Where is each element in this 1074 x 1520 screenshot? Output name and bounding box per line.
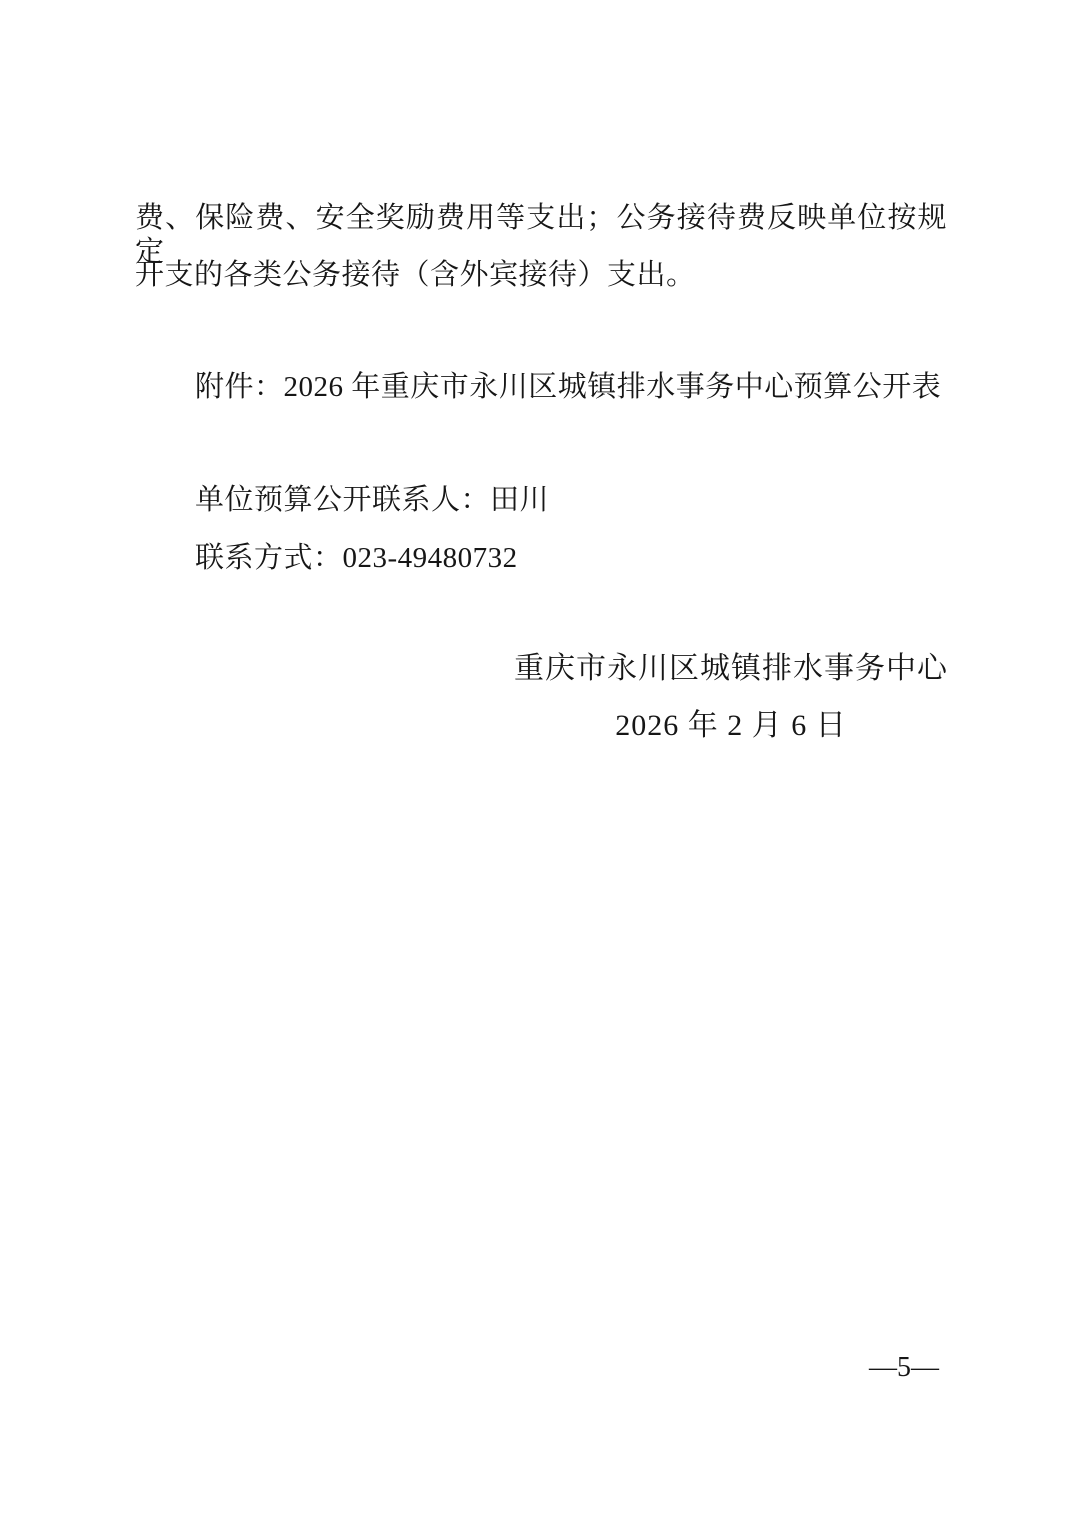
- signature-block: 重庆市永川区城镇排水事务中心 2026 年 2 月 6 日: [514, 651, 948, 744]
- document-page: 费、保险费、安全奖励费用等支出；公务接待费反映单位按规定 开支的各类公务接待（含…: [0, 0, 1074, 1520]
- paragraph-line-2: 开支的各类公务接待（含外宾接待）支出。: [135, 258, 947, 292]
- contact-phone-line: 联系方式：023-49480732: [195, 541, 518, 575]
- attachment-reference-line: 附件：2026 年重庆市永川区城镇排水事务中心预算公开表: [195, 370, 955, 404]
- page-number: —5—: [869, 1352, 939, 1384]
- signature-organization: 重庆市永川区城镇排水事务中心: [514, 651, 948, 687]
- contact-person-line: 单位预算公开联系人：田川: [195, 483, 549, 517]
- signature-date: 2026 年 2 月 6 日: [514, 708, 948, 744]
